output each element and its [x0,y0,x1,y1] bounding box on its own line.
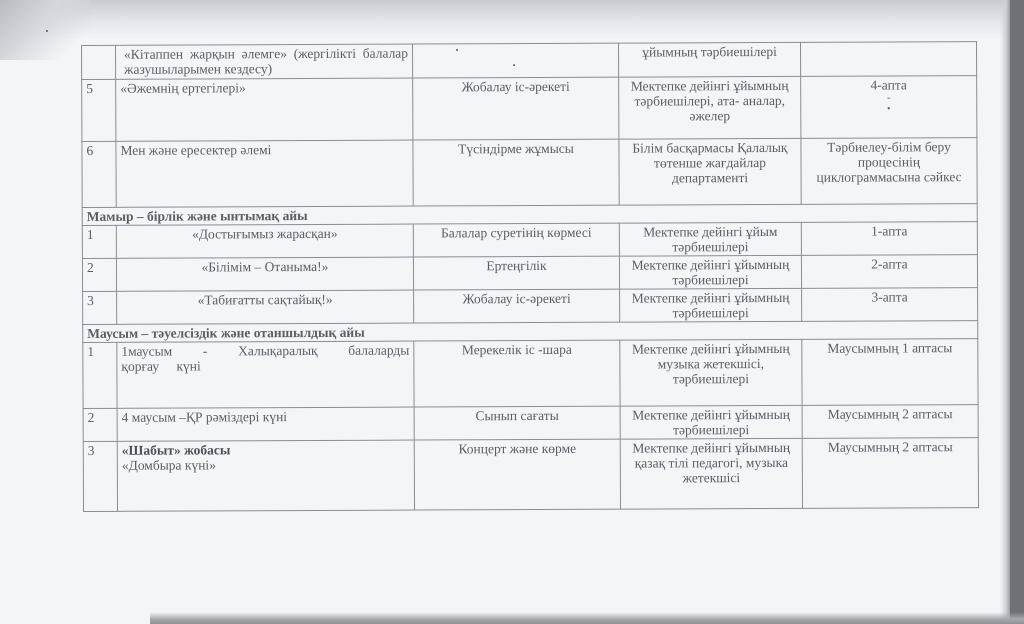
scan-speck [46,30,48,32]
time-cell: Тәрбиелеу-білім беру процесінің циклогра… [801,138,977,205]
time-cell: 3-апта [802,288,978,322]
row-number: 5 [82,79,116,141]
row-number: 3 [83,291,117,324]
form-cell: Жобалау іс-әрекеті [414,289,620,323]
responsible-cell: Мектепке дейінгі ұйымның тәрбиешілері [619,255,801,289]
event-subtitle: «Домбыра күні» [122,457,410,473]
form-cell: Жобалау іс-әрекеті [413,77,619,140]
form-cell: Концерт және көрме [414,439,620,510]
table-row: 3 «Шабыт» жобасы «Домбыра күні» Концерт … [83,438,978,512]
time-cell: Маусымның 2 аптасы [802,405,978,439]
scan-speck [513,64,515,66]
form-cell: Балалар суретінің көрмесі [413,223,619,257]
event-cell: 1маусым - Халықаралық балаларды қорғау к… [117,341,414,408]
table-row: 5 «Әжемнің ертегілері» Жобалау іс-әрекет… [82,76,977,142]
responsible-cell: Мектепке дейінгі ұйымның қазақ тілі педа… [620,438,802,509]
form-cell: Мерекелік іс -шара [414,340,620,407]
form-cell: Ертеңгілік [413,256,619,290]
event-cell: «Шабыт» жобасы «Домбыра күні» [117,440,414,511]
event-cell: Мен және ересектер әлемі [116,140,413,207]
form-cell: Сынып сағаты [414,406,620,440]
form-cell [412,43,618,78]
row-number: 1 [83,342,117,408]
time-text: 4-апта [805,77,972,93]
event-cell: «Әжемнің ертегілері» [116,78,413,141]
responsible-cell: Мектепке дейінгі ұйымның тәрбиешілері, а… [619,76,801,139]
row-number: 6 [82,141,116,207]
form-cell: Түсіндірме жұмысы [413,139,619,206]
row-number: 3 [83,441,117,511]
table-row: 1 1маусым - Халықаралық балаларды қорғау… [83,339,978,409]
table-row: 3 «Табиғатты сақтайық!» Жобалау іс-әреке… [83,288,978,325]
responsible-cell: Мектепке дейінгі ұйым тәрбиешілері [619,222,801,256]
responsible-cell: Мектепке дейінгі ұйымның тәрбиешілері [620,288,802,322]
scanned-page: «Кітаппен жарқын әлемге» (жергілікті бал… [0,0,1024,624]
table-row: 1 «Достығымыз жарасқан» Балалар суретіні… [82,222,977,259]
table-row: 6 Мен және ересектер әлемі Түсіндірме жұ… [82,138,977,208]
table-row: «Кітаппен жарқын әлемге» (жергілікті бал… [82,42,977,80]
time-cell: Маусымның 2 аптасы [802,438,978,509]
time-cell: 2-апта [801,255,977,289]
event-cell: «Кітаппен жарқын әлемге» (жергілікті бал… [116,44,413,79]
responsible-cell: Мектепке дейінгі ұйымның музыка жетекшіс… [620,339,802,406]
table-row: 2 «Білімім – Отаныма!» Ертеңгілік Мектеп… [82,255,977,292]
time-cell: Маусымның 1 аптасы [802,339,978,406]
table-row: 2 4 маусым –ҚР рәміздері күні Сынып саға… [83,405,978,442]
time-cell: 4-апта - • [801,76,977,139]
event-project-title: «Шабыт» жобасы [122,442,410,458]
time-cell: 1-апта [801,222,977,256]
responsible-cell: Білім басқармасы Қалалық төтенше жағдайл… [619,138,801,205]
event-cell: «Білімім – Отаныма!» [116,257,413,291]
event-plan-table: «Кітаппен жарқын әлемге» (жергілікті бал… [81,41,979,512]
responsible-cell: ұйымның тәрбиешілері [618,42,800,77]
event-cell: «Табиғатты сақтайық!» [117,290,414,324]
event-cell: «Достығымыз жарасқан» [116,224,413,258]
row-number: 2 [83,408,117,441]
time-cell [800,42,976,77]
row-number: 1 [82,225,116,258]
event-cell: 4 маусым –ҚР рәміздері күні [117,407,414,441]
scan-mark: • [805,104,972,115]
responsible-cell: Мектепке дейінгі ұйымның тәрбиешілері [620,405,802,439]
row-number [82,45,116,79]
row-number: 2 [82,258,116,291]
